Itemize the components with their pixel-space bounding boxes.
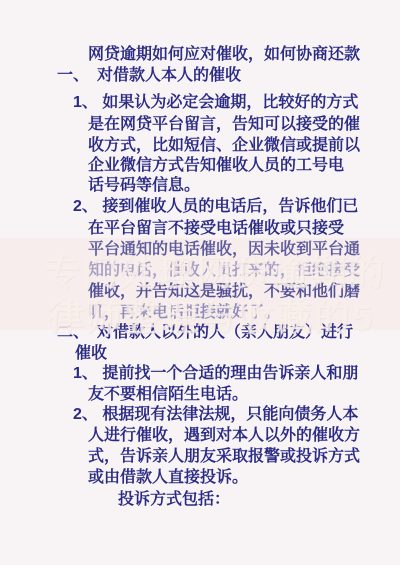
text-line: 2、 根据现有法律法规，只能向债务人本 bbox=[73, 406, 358, 424]
text-line: 或由借款人直接投诉。 bbox=[88, 469, 248, 487]
text-line: 1、 如果认为必定会逾期，比较好的方式 bbox=[73, 94, 358, 112]
document-body: 网贷逾期如何应对催收，如何协商还款一、 对借款人本人的催收1、 如果认为必定会逾… bbox=[0, 0, 400, 565]
document-page: 网贷逾期如何应对催收，如何协商还款一、 对借款人本人的催收1、 如果认为必定会逾… bbox=[0, 0, 400, 565]
text-line: 平台通知的电话催收，因未收到平台通 bbox=[88, 241, 360, 259]
text-line: 收方式，比如短信、企业微信或提前以 bbox=[88, 137, 360, 155]
text-line: 知的电话，催收人员打来的，拒绝接受 bbox=[88, 262, 360, 280]
text-line: 一、 对借款人本人的催收 bbox=[57, 67, 241, 85]
text-line: 催收，并告知这是骚扰，不要和他们磨 bbox=[88, 283, 360, 301]
text-line: 友不要相信陌生电话。 bbox=[88, 386, 248, 404]
text-line: 在平台留言不接受电话催收或只接受 bbox=[88, 220, 344, 238]
text-line: 二、 对借款人以外的人（亲人朋友）进行 bbox=[57, 324, 353, 342]
text-line: 话号码等信息。 bbox=[88, 177, 200, 195]
text-line: 企业微信方式告知催收人员的工号电 bbox=[88, 157, 344, 175]
text-line: 叽，再来电话拒接就好了。 bbox=[88, 304, 280, 322]
text-line: 网贷逾期如何应对催收，如何协商还款 bbox=[88, 46, 360, 64]
text-line: 式，告诉亲人朋友采取报警或投诉方式 bbox=[88, 448, 360, 466]
text-line: 人进行催收，遇到对本人以外的催收方 bbox=[88, 427, 360, 445]
text-line: 2、 接到催收人员的电话后，告诉他们已 bbox=[73, 198, 358, 216]
text-line: 投诉方式包括： bbox=[118, 491, 230, 509]
text-line: 催收 bbox=[75, 345, 107, 363]
text-line: 1、 提前找一个合适的理由告诉亲人和朋 bbox=[73, 365, 358, 383]
text-line: 是在网贷平台留言，告知可以接受的催 bbox=[88, 116, 360, 134]
